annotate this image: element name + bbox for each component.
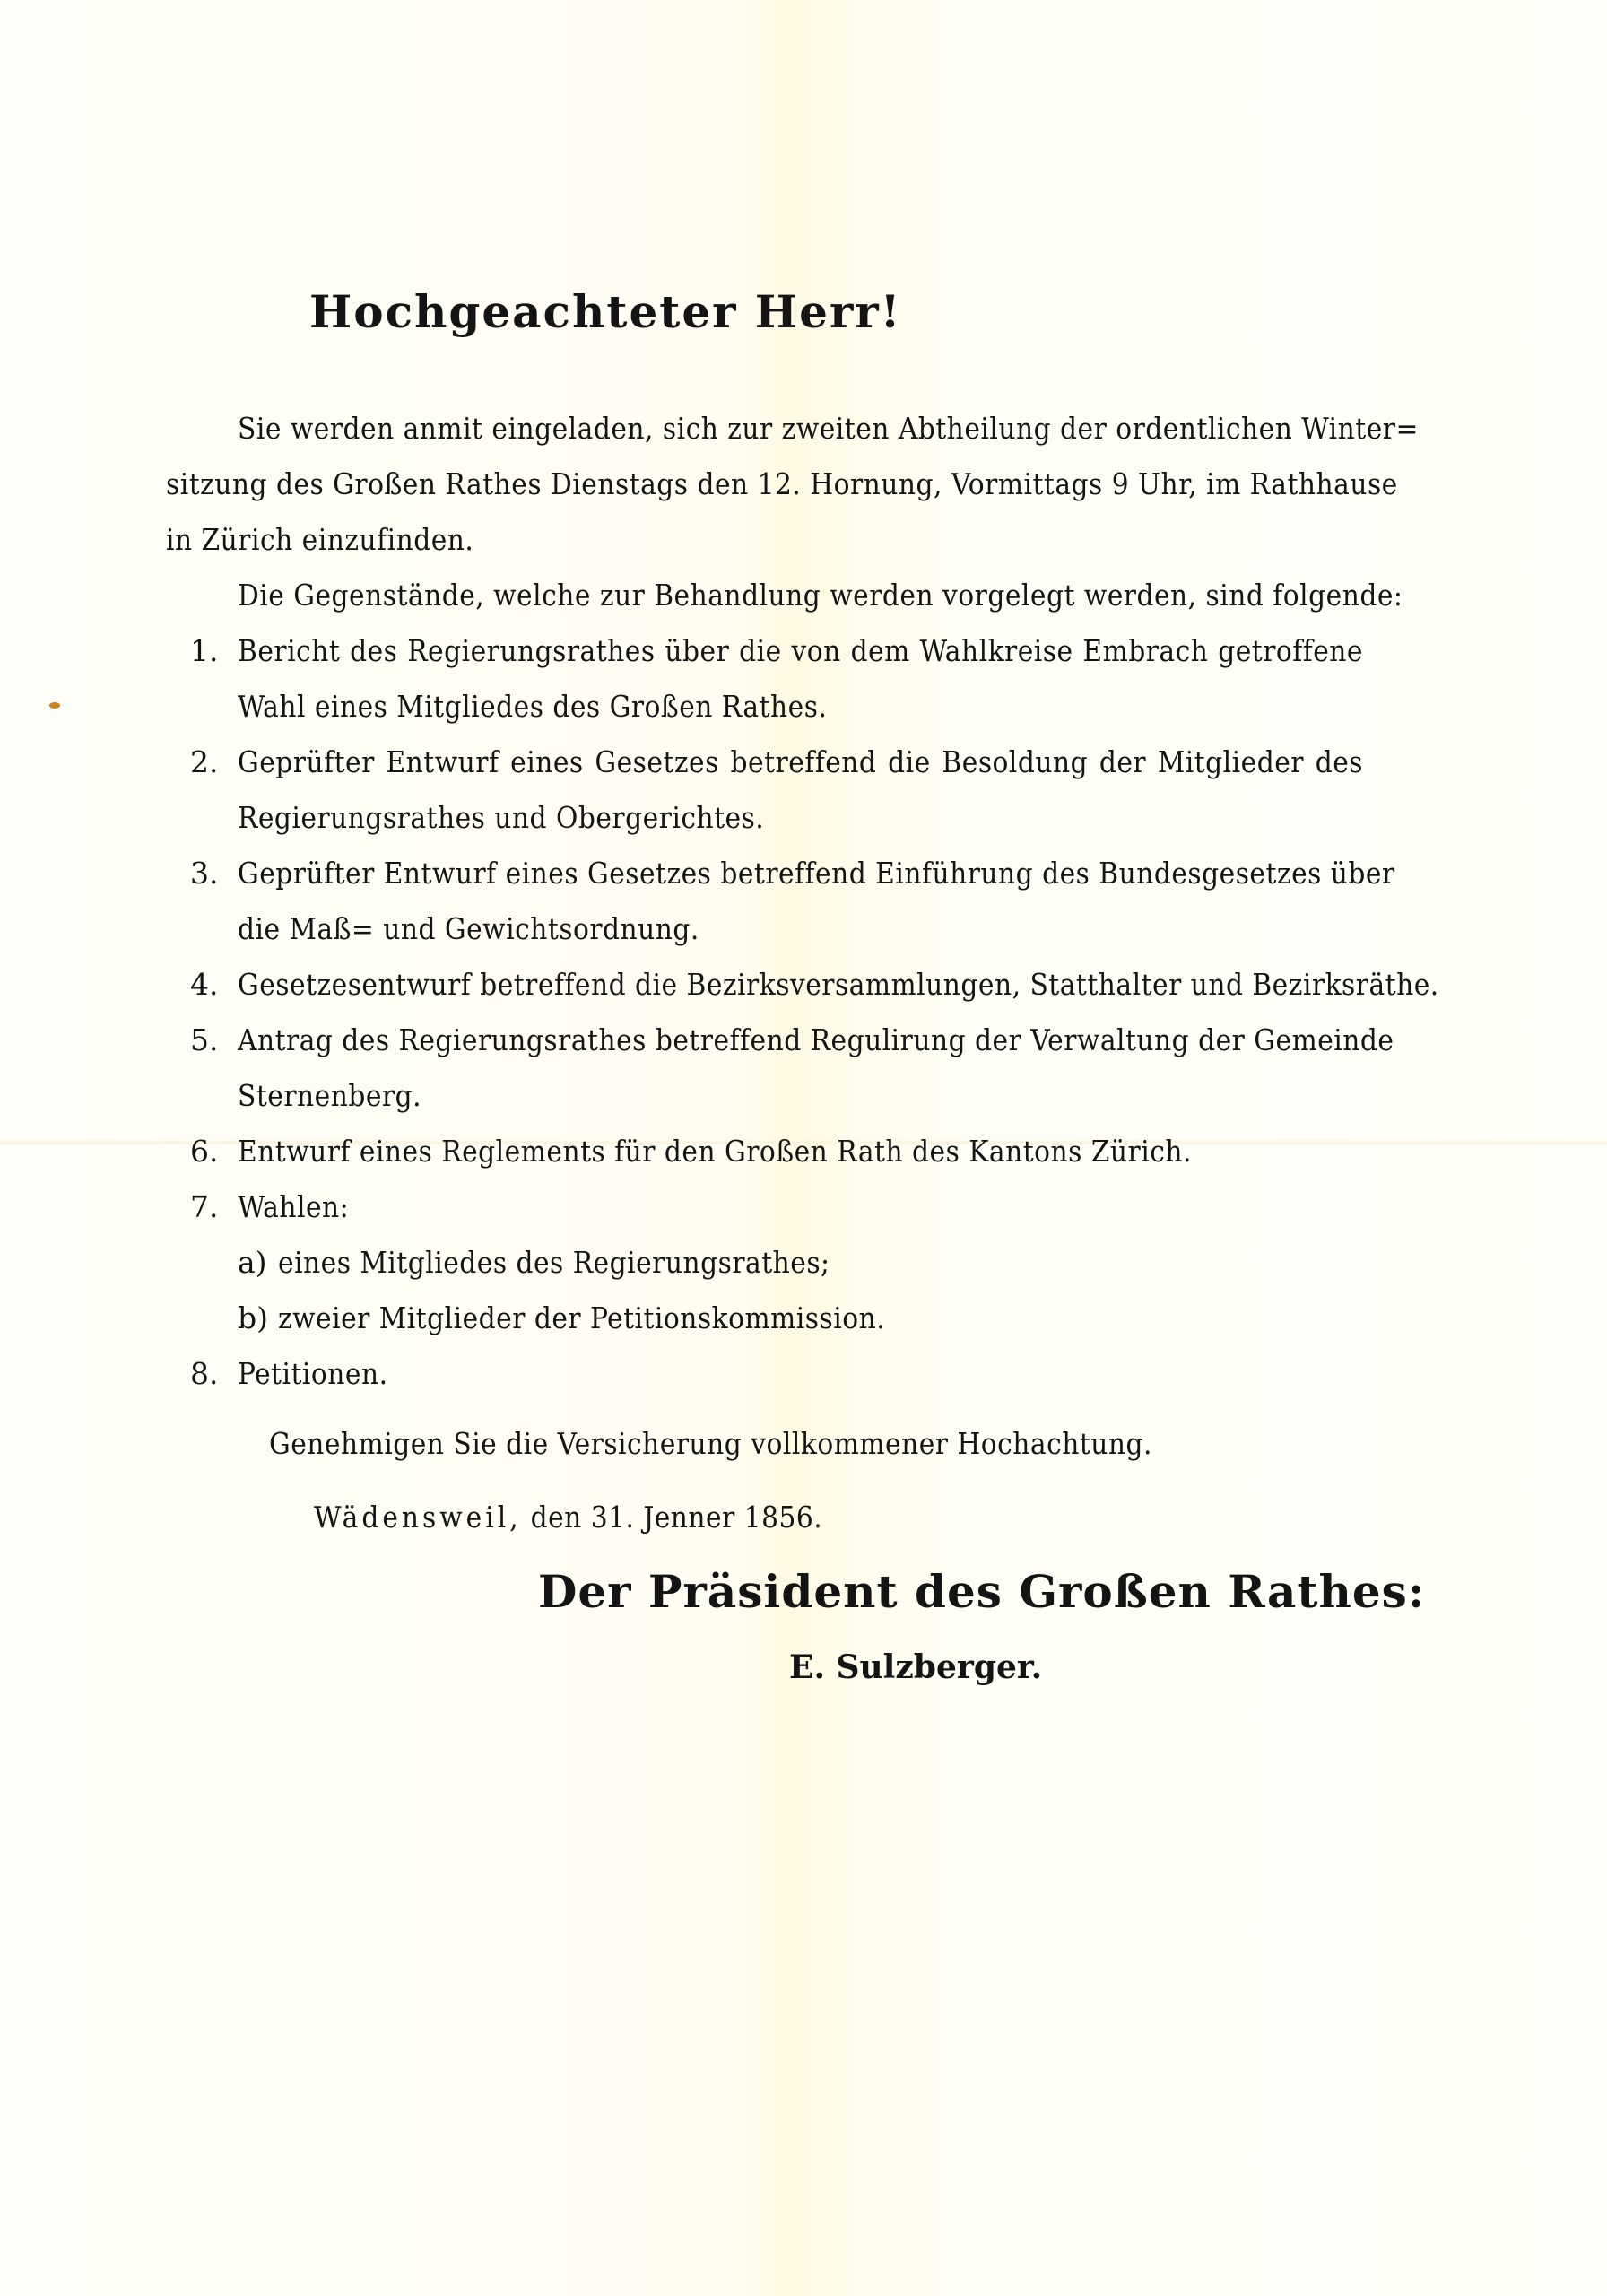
item-number: 8. — [190, 1356, 219, 1391]
subitem-b: zweier Mitglieder der Petitionskommissio… — [278, 1300, 885, 1335]
item-number: 6. — [190, 1134, 219, 1169]
item-1-line-2: Wahl eines Mitgliedes des Großen Rathes. — [238, 689, 827, 724]
date: den 31. Jenner 1856. — [531, 1500, 823, 1535]
place: Wädensweil, — [314, 1500, 522, 1535]
item-6-line-1: Entwurf eines Reglements für den Großen … — [238, 1134, 1192, 1169]
agenda-intro: Die Gegenstände, welche zur Behandlung w… — [238, 578, 1363, 613]
signature-title: Der Präsident des Großen Rathes: — [538, 1565, 1425, 1618]
item-2-line-2: Regierungsrathes und Obergerichtes. — [238, 800, 764, 835]
item-number: 7. — [190, 1189, 219, 1224]
item-8-line-1: Petitionen. — [238, 1356, 388, 1391]
item-5-line-2: Sternenberg. — [238, 1078, 421, 1113]
intro-line-3: in Zürich einzufinden. — [166, 522, 473, 557]
item-1-line-1: Bericht des Regierungsrathes über die vo… — [238, 633, 1363, 668]
subitem-label: b) — [238, 1300, 268, 1335]
item-number: 3. — [190, 856, 219, 891]
item-number: 1. — [190, 633, 219, 668]
place-date: Wädensweil, den 31. Jenner 1856. — [314, 1500, 822, 1535]
intro-line-1: Sie werden anmit eingeladen, sich zur zw… — [238, 411, 1363, 446]
intro-line-2: sitzung des Großen Rathes Dienstags den … — [166, 466, 1363, 501]
signature-name: E. Sulzberger. — [789, 1648, 1042, 1686]
salutation-heading: Hochgeachteter Herr! — [309, 285, 902, 338]
subitem-a: eines Mitgliedes des Regierungsrathes; — [278, 1245, 830, 1280]
closing-formula: Genehmigen Sie die Versicherung vollkomm… — [269, 1426, 1152, 1461]
item-4-line-1: Gesetzesentwurf betreffend die Bezirksve… — [238, 967, 1363, 1002]
subitem-label: a) — [238, 1245, 267, 1280]
item-number: 5. — [190, 1022, 219, 1057]
item-number: 4. — [190, 967, 219, 1002]
item-number: 2. — [190, 744, 219, 779]
item-7-line-1: Wahlen: — [238, 1189, 349, 1224]
item-5-line-1: Antrag des Regierungsrathes betreffend R… — [238, 1022, 1363, 1057]
item-3-line-2: die Maß= und Gewichtsordnung. — [238, 911, 699, 946]
item-2-line-1: Geprüfter Entwurf eines Gesetzes betreff… — [238, 744, 1363, 779]
ink-speck — [49, 702, 60, 709]
item-3-line-1: Geprüfter Entwurf eines Gesetzes betreff… — [238, 856, 1363, 891]
